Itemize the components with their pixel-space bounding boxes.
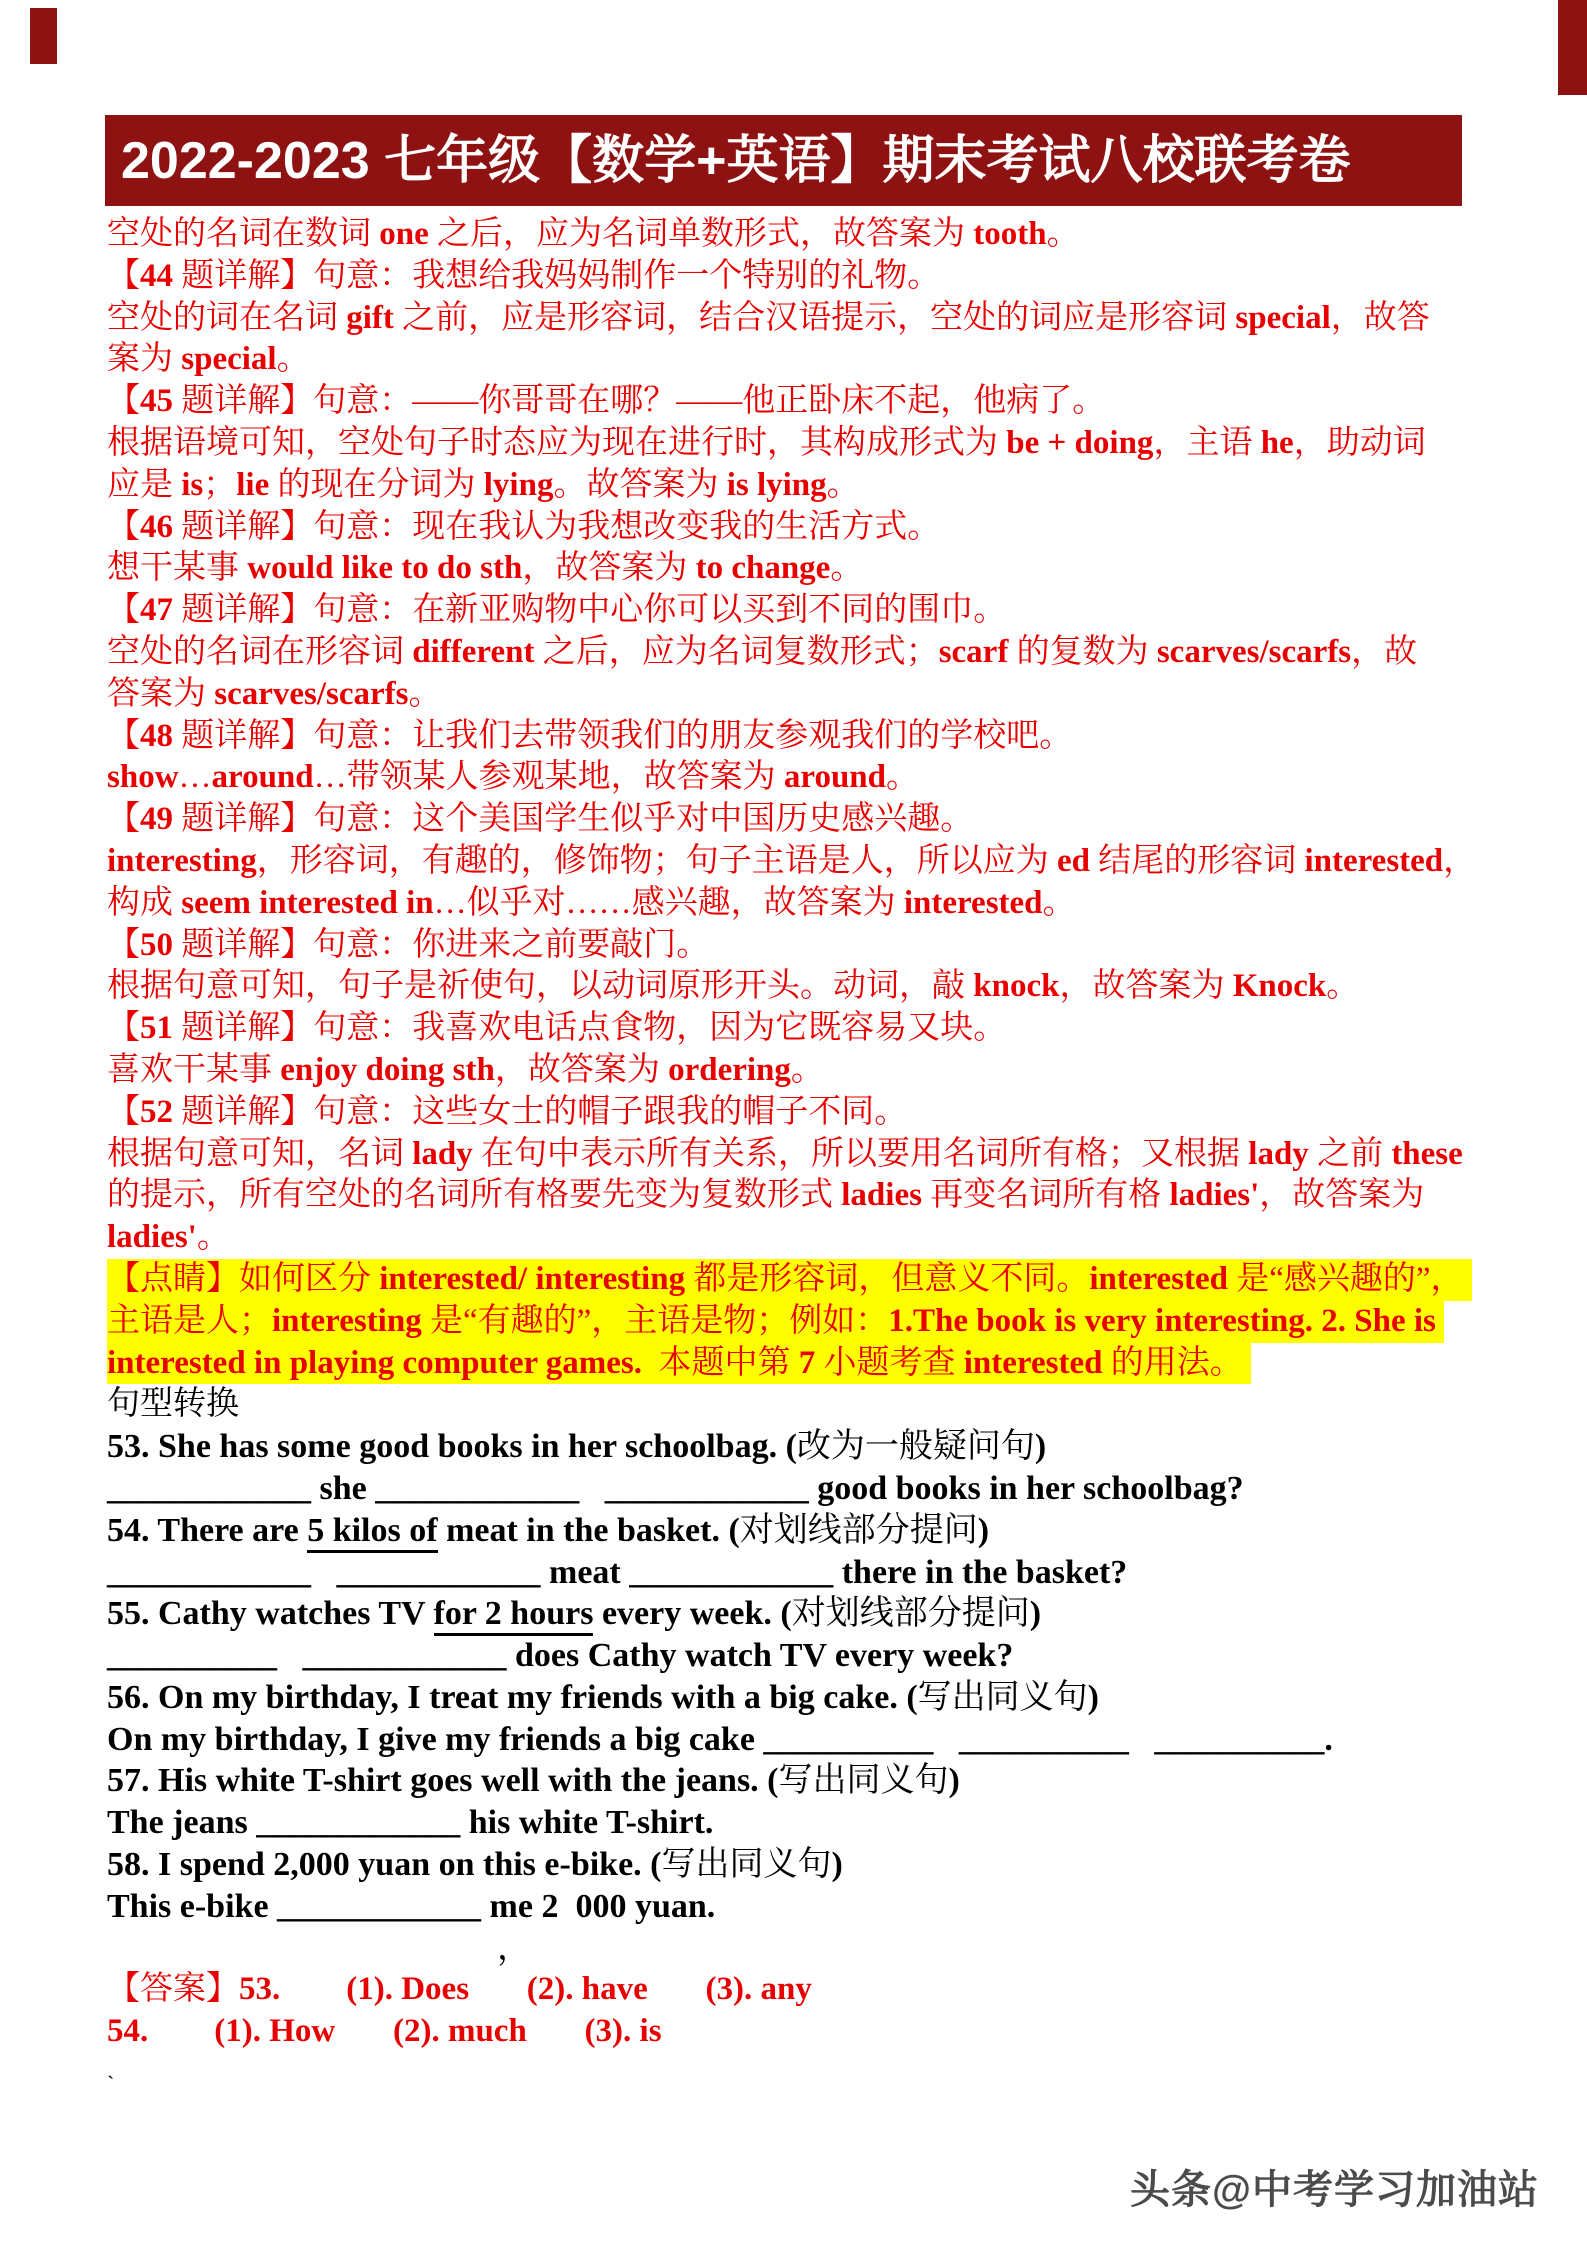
text-line: 主语是人；interesting 是“有趣的”，主语是物；例如：1.The bo…	[107, 1301, 1444, 1343]
text-line: 【49 题详解】句意：这个美国学生似乎对中国历史感兴趣。	[107, 799, 1492, 841]
answer-explanations-section: 空处的名词在数词 one 之后，应为名词单数形式，故答案为 tooth。【44 …	[107, 214, 1492, 1259]
text-line: 56. On my birthday, I treat my friends w…	[107, 1677, 1492, 1719]
text-line: 【45 题详解】句意：——你哥哥在哪？——他正卧床不起，他病了。	[107, 381, 1492, 423]
text-line: 喜欢干某事 enjoy doing sth，故答案为 ordering。	[107, 1050, 1492, 1092]
text-line: 54. There are 5 kilos of meat in the bas…	[107, 1510, 1492, 1552]
text-line: ____________ ____________ meat _________…	[107, 1552, 1492, 1594]
text-line: 构成 seem interested in…似乎对……感兴趣，故答案为 inte…	[107, 883, 1492, 925]
text-line: 想干某事 would like to do sth，故答案为 to change…	[107, 548, 1492, 590]
exam-title: 2022-2023 七年级【数学+英语】期末考试八校联考卷	[121, 132, 1351, 190]
highlighted-tip-section: 【点睛】如何区分 interested/ interesting 都是形容词，但…	[107, 1259, 1492, 1384]
section-heading: 句型转换	[107, 1384, 1492, 1426]
text-line: 空处的名词在数词 one 之后，应为名词单数形式，故答案为 tooth。	[107, 214, 1492, 256]
text-line: ladies'。	[107, 1217, 1492, 1259]
text-line: 【50 题详解】句意：你进来之前要敲门。	[107, 925, 1492, 967]
text-line: 答案为 scarves/scarfs。	[107, 674, 1492, 716]
text-line: 54. (1). How (2). much (3). is	[107, 2011, 1492, 2053]
watermark-text: 头条@中考学习加油站	[1130, 2168, 1539, 2212]
watermark: 头条@中考学习加油站	[1130, 2158, 1539, 2215]
text-line: 【51 题详解】句意：我喜欢电话点食物，因为它既容易又块。	[107, 1008, 1492, 1050]
decorative-red-bar-left	[30, 8, 57, 64]
text-line: 【47 题详解】句意：在新亚购物中心你可以买到不同的围巾。	[107, 590, 1492, 632]
sentence-transformation-section: 句型转换 53. She has some good books in her …	[107, 1384, 1492, 1969]
text-line: __________ ____________ does Cathy watch…	[107, 1635, 1492, 1677]
text-line: 应是 is；lie 的现在分词为 lying。故答案为 is lying。	[107, 465, 1492, 507]
text-line: 【48 题详解】句意：让我们去带领我们的朋友参观我们的学校吧。	[107, 716, 1492, 758]
document-body: 空处的名词在数词 one 之后，应为名词单数形式，故答案为 tooth。【44 …	[107, 214, 1492, 2099]
text-line: ，	[107, 1928, 1492, 1970]
text-line: 案为 special。	[107, 339, 1492, 381]
text-line: 53. She has some good books in her schoo…	[107, 1426, 1492, 1468]
text-line: 【52 题详解】句意：这些女士的帽子跟我的帽子不同。	[107, 1092, 1492, 1134]
text-line: show…around…带领某人参观某地，故答案为 around。	[107, 757, 1492, 799]
text-line: interesting，形容词，有趣的，修饰物；句子主语是人，所以应为 ed 结…	[107, 841, 1492, 883]
text-line: 的提示，所有空处的名词所有格要先变为复数形式 ladies 再变名词所有格 la…	[107, 1175, 1492, 1217]
text-line: ____________ she ____________ __________…	[107, 1468, 1492, 1510]
underlined-phrase: 5 kilos of	[307, 1512, 437, 1553]
text-line: 根据语境可知，空处句子时态应为现在进行时，其构成形式为 be + doing，主…	[107, 423, 1492, 465]
underlined-phrase: for 2 hours	[434, 1595, 594, 1636]
text-line: 【46 题详解】句意：现在我认为我想改变我的生活方式。	[107, 507, 1492, 549]
text-line: The jeans ____________ his white T-shirt…	[107, 1802, 1492, 1844]
transformation-questions: 53. She has some good books in her schoo…	[107, 1426, 1492, 1969]
stray-mark: `	[107, 2069, 1492, 2099]
text-line: 57. His white T-shirt goes well with the…	[107, 1760, 1492, 1802]
text-line: interested in playing computer games. 本题…	[107, 1343, 1251, 1385]
text-line: 空处的名词在形容词 different 之后，应为名词复数形式；scarf 的复…	[107, 632, 1492, 674]
text-line: 【答案】53. (1). Does (2). have (3). any	[107, 1969, 1492, 2011]
text-line: 根据句意可知，句子是祈使句，以动词原形开头。动词，敲 knock，故答案为 Kn…	[107, 966, 1492, 1008]
decorative-red-bar-right	[1558, 0, 1587, 95]
text-line: 【点睛】如何区分 interested/ interesting 都是形容词，但…	[107, 1259, 1472, 1301]
text-line: 58. I spend 2,000 yuan on this e-bike. (…	[107, 1844, 1492, 1886]
text-line: 根据句意可知，名词 lady 在句中表示所有关系，所以要用名词所有格；又根据 l…	[107, 1134, 1492, 1176]
text-line: On my birthday, I give my friends a big …	[107, 1719, 1492, 1761]
exam-title-banner: 2022-2023 七年级【数学+英语】期末考试八校联考卷	[105, 115, 1462, 206]
text-line: 【44 题详解】句意：我想给我妈妈制作一个特别的礼物。	[107, 256, 1492, 298]
answers-section: 【答案】53. (1). Does (2). have (3). any54. …	[107, 1969, 1492, 2053]
text-line: 空处的词在名词 gift 之前，应是形容词，结合汉语提示，空处的词应是形容词 s…	[107, 298, 1492, 340]
text-line: This e-bike ____________ me 2 000 yuan.	[107, 1886, 1492, 1928]
text-line: 55. Cathy watches TV for 2 hours every w…	[107, 1593, 1492, 1635]
